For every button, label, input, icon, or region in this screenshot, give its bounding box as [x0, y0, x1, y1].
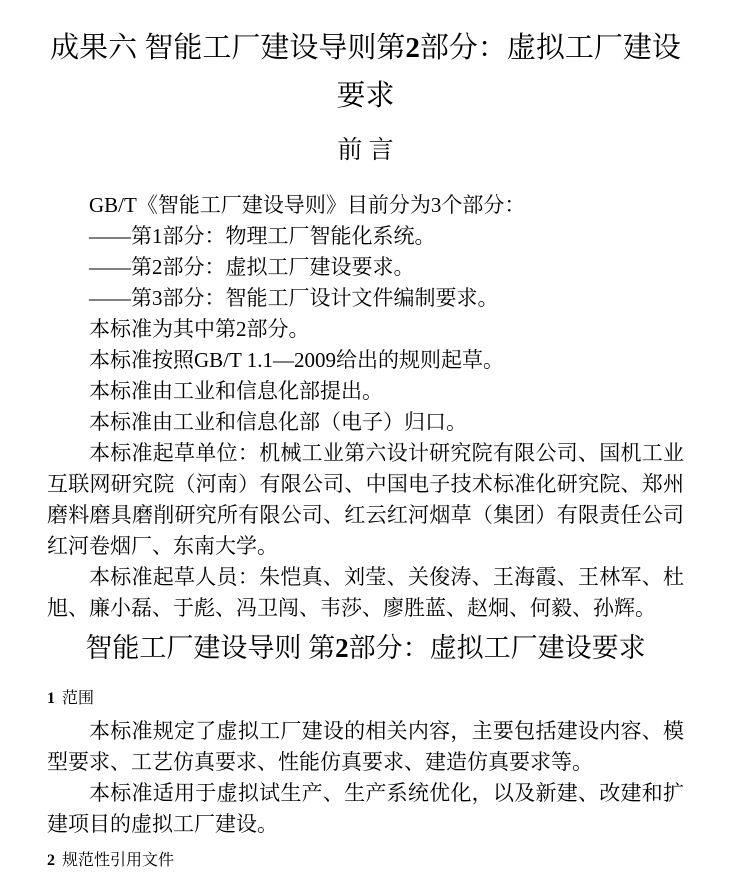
foreword-paragraph: 本标准按照GB/T 1.1—2009给出的规则起草。: [47, 345, 684, 376]
section-scope-body: 本标准规定了虚拟工厂建设的相关内容，主要包括建设内容、模型要求、工艺仿真要求、性…: [47, 716, 684, 840]
foreword-heading: 前 言: [47, 136, 684, 166]
foreword-drafting-organizations: 本标准起草单位：机械工业第六设计研究院有限公司、国机工业互联网研究院（河南）有限…: [47, 438, 684, 562]
document-title: 成果六 智能工厂建设导则第2部分：虚拟工厂建设 要求: [47, 24, 684, 120]
section-heading-text: 范围: [62, 690, 94, 707]
document-title-part-number: 2: [405, 32, 420, 64]
foreword-drafting-personnel: 本标准起草人员：朱恺真、刘莹、关俊涛、王海霞、王林军、杜旭、廉小磊、于彪、冯卫闯…: [47, 562, 684, 624]
section-paragraph: 本标准适用于虚拟试生产、生产系统优化，以及新建、改建和扩建项目的虚拟工厂建设。: [47, 778, 684, 840]
foreword-list-item: ——第1部分：物理工厂智能化系统。: [47, 221, 684, 252]
document-title-line1-suffix: 部分：虚拟工厂建设: [420, 32, 681, 64]
section-heading-text: 规范性引用文件: [62, 852, 174, 869]
standard-title-suffix: 部分：虚拟工厂建设要求: [349, 633, 646, 663]
standard-title-part-number: 2: [335, 633, 349, 663]
document-title-line2: 要求: [336, 80, 394, 112]
foreword-paragraph: 本标准由工业和信息化部（电子）归口。: [47, 407, 684, 438]
foreword-paragraph: 本标准为其中第2部分。: [47, 314, 684, 345]
document-title-line1-prefix: 成果六 智能工厂建设导则第: [50, 32, 405, 64]
standard-title-prefix: 智能工厂建设导则 第: [85, 633, 335, 663]
foreword-paragraph: GB/T《智能工厂建设导则》目前分为3个部分：: [47, 190, 684, 221]
section-paragraph: 本标准规定了虚拟工厂建设的相关内容，主要包括建设内容、模型要求、工艺仿真要求、性…: [47, 716, 684, 778]
foreword-list-item: ——第2部分：虚拟工厂建设要求。: [47, 252, 684, 283]
document-page: 成果六 智能工厂建设导则第2部分：虚拟工厂建设 要求 前 言 GB/T《智能工厂…: [0, 0, 731, 879]
section-number: 2: [47, 852, 55, 869]
foreword-body: GB/T《智能工厂建设导则》目前分为3个部分： ——第1部分：物理工厂智能化系统…: [47, 190, 684, 624]
foreword-list-item: ——第3部分：智能工厂设计文件编制要求。: [47, 283, 684, 314]
section-number: 1: [47, 690, 55, 707]
foreword-paragraph: 本标准由工业和信息化部提出。: [47, 376, 684, 407]
section-heading-scope: 1范围: [47, 688, 684, 710]
standard-title: 智能工厂建设导则 第2部分：虚拟工厂建设要求: [47, 628, 684, 668]
section-heading-normative-references: 2规范性引用文件: [47, 850, 684, 872]
